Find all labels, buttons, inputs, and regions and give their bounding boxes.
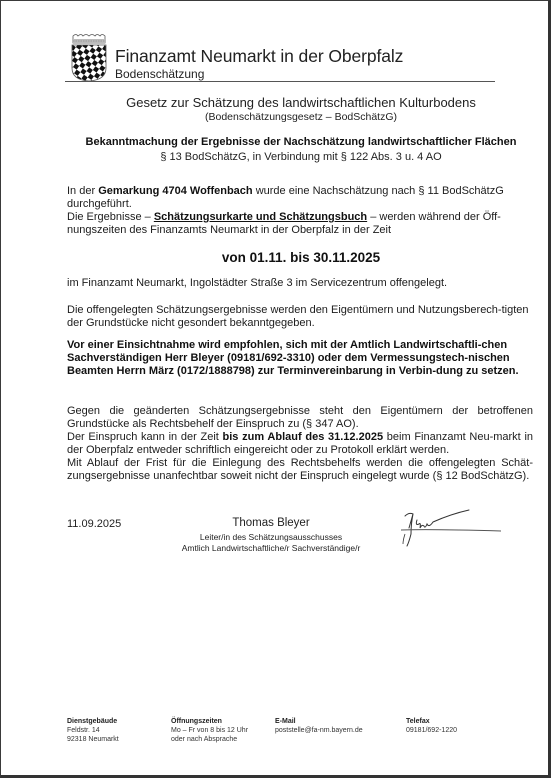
signatory-name: Thomas Bleyer: [171, 517, 371, 529]
footer-email-label: E-Mail: [275, 717, 363, 726]
law-title: Gesetz zur Schätzung des landwirtschaftl…: [61, 95, 541, 110]
remedy-sentence-3: Mit Ablauf der Frist für die Einlegung d…: [67, 457, 533, 482]
handwritten-signature-icon: [391, 504, 501, 549]
objection-deadline: bis zum Ablauf des 31.12.2025: [223, 431, 384, 443]
law-subtitle: (Bodenschätzungsgesetz – BodSchätzG): [61, 111, 541, 123]
paragraph-notice: Die offengelegten Schätzungsergebnisse w…: [67, 304, 533, 330]
paragraph-location: im Finanzamt Neumarkt, Ingolstädter Stra…: [67, 277, 533, 290]
footer-hours-line2: oder nach Absprache: [171, 735, 248, 744]
footer-building-label: Dienstgebäude: [67, 717, 119, 726]
organization-name: Finanzamt Neumarkt in der Oberpfalz: [115, 46, 403, 67]
remedy-sentence-1: Gegen die geänderten Schätzungsergebniss…: [67, 405, 533, 430]
footer-email: E-Mail poststelle@fa-nm.bayern.de: [275, 717, 363, 735]
results-documents: Schätzungsurkarte und Schätzungsbuch: [154, 211, 367, 223]
disclosure-period: von 01.11. bis 30.11.2025: [61, 250, 541, 265]
footer-fax-number: 09181/692-1220: [406, 726, 457, 735]
remedy-sentence-2-pre: Der Einspruch kann in der Zeit: [67, 431, 223, 443]
footer-fax-label: Telefax: [406, 717, 457, 726]
footer-email-address[interactable]: poststelle@fa-nm.bayern.de: [275, 726, 363, 735]
footer-building-street: Feldstr. 14: [67, 726, 119, 735]
p1-line2-pre: Die Ergebnisse –: [67, 211, 154, 223]
footer-building-city: 92318 Neumarkt: [67, 735, 119, 744]
bavarian-coat-of-arms-icon: [70, 32, 108, 82]
gemarkung-name: Gemarkung 4704 Woffenbach: [98, 185, 252, 197]
announcement-title: Bekanntmachung der Ergebnisse der Nachsc…: [61, 136, 541, 148]
header-divider: [65, 81, 495, 82]
p1-pre: In der: [67, 185, 98, 197]
footer-fax: Telefax 09181/692-1220: [406, 717, 457, 735]
signatory-role-1: Leiter/in des Schätzungsausschusses: [151, 532, 391, 542]
document-page: Finanzamt Neumarkt in der Oberpfalz Bode…: [0, 0, 551, 778]
department-name: Bodenschätzung: [115, 67, 204, 81]
announcement-legal-basis: § 13 BodSchätzG, in Verbindung mit § 122…: [61, 151, 541, 163]
paragraph-gemarkung: In der Gemarkung 4704 Woffenbach wurde e…: [67, 185, 533, 237]
footer-hours: Öffnungszeiten Mo – Fr von 8 bis 12 Uhr …: [171, 717, 248, 744]
paragraph-legal-remedy: Gegen die geänderten Schätzungsergebniss…: [67, 405, 533, 483]
footer-hours-line1: Mo – Fr von 8 bis 12 Uhr: [171, 726, 248, 735]
signatory-role-2: Amtlich Landwirtschaftliche/r Sachverstä…: [151, 543, 391, 553]
footer-building: Dienstgebäude Feldstr. 14 92318 Neumarkt: [67, 717, 119, 744]
signature-date: 11.09.2025: [67, 518, 121, 530]
paragraph-appointment-recommendation: Vor einer Einsichtnahme wird empfohlen, …: [67, 339, 533, 378]
footer-hours-label: Öffnungszeiten: [171, 717, 248, 726]
